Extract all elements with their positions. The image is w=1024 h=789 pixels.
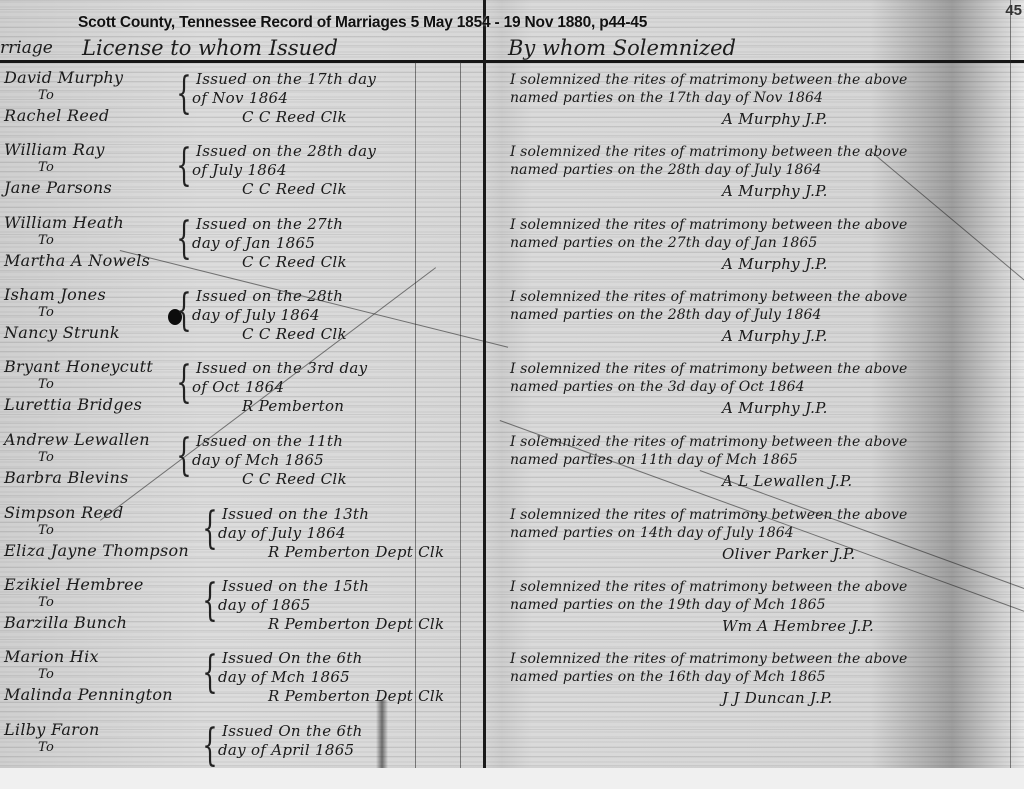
license-issued-date: of Nov 1864 — [192, 89, 288, 107]
to-label: To — [38, 88, 54, 103]
solemnization-date: named parties on 11th day of Mch 1865 — [510, 452, 798, 468]
license-issued-line: Issued On the 6th — [222, 649, 363, 667]
clerk-signature: C C Reed Clk — [242, 470, 347, 488]
officiant-signature: Oliver Parker J.P. — [722, 545, 855, 563]
to-label: To — [38, 667, 54, 682]
license-issued-date: day of Mch 1865 — [218, 668, 350, 686]
solemnization-line: I solemnized the rites of matrimony betw… — [510, 144, 907, 160]
groom-name: William Ray — [4, 140, 105, 159]
groom-name: Simpson Reed — [4, 503, 124, 522]
bride-name: Nancy Strunk — [4, 323, 120, 342]
brace-mark: { — [202, 724, 217, 768]
groom-name: Bryant Honeycutt — [4, 357, 153, 376]
left-heading-fragment: rriage — [0, 38, 53, 58]
solemnization-date: named parties on 14th day of July 1864 — [510, 525, 794, 541]
left-column-heading: License to whom Issued — [82, 36, 338, 60]
ledger-page-scan: Scott County, Tennessee Record of Marria… — [0, 0, 1024, 768]
brace-mark: { — [176, 361, 191, 405]
solemnization-line: I solemnized the rites of matrimony betw… — [510, 651, 907, 667]
document-caption: Scott County, Tennessee Record of Marria… — [78, 14, 647, 32]
brace-mark: { — [202, 651, 217, 695]
officiant-signature: A Murphy J.P. — [722, 182, 828, 200]
groom-name: Andrew Lewallen — [4, 430, 150, 449]
officiant-signature: A Murphy J.P. — [722, 399, 828, 417]
brace-mark: { — [176, 434, 191, 478]
license-issued-line: Issued on the 17th day — [196, 70, 376, 88]
solemnization-line: I solemnized the rites of matrimony betw… — [510, 361, 907, 377]
solemnization-line: I solemnized the rites of matrimony betw… — [510, 72, 907, 88]
bride-name: Lurettia Bridges — [4, 395, 142, 414]
groom-name: David Murphy — [4, 68, 123, 87]
clerk-signature: R Pemberton Dept Clk — [268, 615, 444, 633]
to-label: To — [38, 450, 54, 465]
to-label: To — [38, 740, 54, 755]
brace-mark: { — [176, 72, 191, 116]
brace-mark: { — [202, 507, 217, 551]
license-issued-line: Issued on the 28th day — [196, 142, 376, 160]
officiant-signature: A L Lewallen J.P. — [722, 472, 852, 490]
license-issued-date: of July 1864 — [192, 161, 287, 179]
solemnization-date: named parties on the 17th day of Nov 186… — [510, 90, 823, 106]
license-issued-date: day of Mch 1865 — [192, 451, 324, 469]
officiant-signature: A Murphy J.P. — [722, 327, 828, 345]
groom-name: William Heath — [4, 213, 124, 232]
license-issued-line: Issued On the 6th — [222, 722, 363, 740]
officiant-signature: Wm A Hembree J.P. — [722, 617, 874, 635]
groom-name: Marion Hix — [4, 647, 99, 666]
bride-name: Jane Parsons — [4, 178, 112, 197]
officiant-signature: A Murphy J.P. — [722, 110, 828, 128]
clerk-signature: C C Reed Clk — [242, 253, 347, 271]
bride-name: Martha A Nowels — [4, 251, 150, 270]
officiant-signature: A Murphy J.P. — [722, 255, 828, 273]
solemnization-date: named parties on the 19th day of Mch 186… — [510, 597, 826, 613]
clerk-signature: C C Reed Clk — [242, 325, 347, 343]
solemnization-line: I solemnized the rites of matrimony betw… — [510, 434, 907, 450]
page-gutter-line — [483, 0, 486, 768]
to-label: To — [38, 305, 54, 320]
to-label: To — [38, 523, 54, 538]
bride-name: Eliza Jayne Thompson — [4, 541, 189, 560]
clerk-signature: R Pemberton Dept Clk — [268, 543, 444, 561]
clerk-signature: R Pemberton — [242, 397, 344, 415]
header-rule — [0, 60, 1024, 63]
brace-mark: { — [176, 217, 191, 261]
license-issued-line: Issued on the 28th — [196, 287, 343, 305]
solemnization-date: named parties on the 28th day of July 18… — [510, 307, 822, 323]
groom-name: Isham Jones — [4, 285, 106, 304]
solemnization-line: I solemnized the rites of matrimony betw… — [510, 507, 907, 523]
license-issued-line: Issued on the 11th — [196, 432, 343, 450]
smudge-mark — [376, 700, 388, 768]
license-issued-date: day of Jan 1865 — [192, 234, 315, 252]
brace-mark: { — [176, 289, 191, 333]
column-rule — [415, 62, 416, 768]
solemnization-date: named parties on the 16th day of Mch 186… — [510, 669, 826, 685]
right-column-heading: By whom Solemnized — [508, 36, 736, 60]
bride-name: Barbra Blevins — [4, 468, 129, 487]
solemnization-line: I solemnized the rites of matrimony betw… — [510, 579, 907, 595]
to-label: To — [38, 595, 54, 610]
license-issued-date: day of 1865 — [218, 596, 311, 614]
license-issued-date: day of April 1865 — [218, 741, 354, 759]
license-issued-date: day of July 1864 — [218, 524, 346, 542]
groom-name: Ezikiel Hembree — [4, 575, 144, 594]
groom-name: Lilby Faron — [4, 720, 100, 739]
to-label: To — [38, 160, 54, 175]
page-number: 45 — [1005, 2, 1022, 19]
brace-mark: { — [176, 144, 191, 188]
scan-bottom-margin — [0, 768, 1024, 789]
license-issued-line: Issued on the 15th — [222, 577, 369, 595]
license-issued-line: Issued on the 3rd day — [196, 359, 367, 377]
solemnization-date: named parties on the 28th day of July 18… — [510, 162, 822, 178]
bride-name: Barzilla Bunch — [4, 613, 127, 632]
solemnization-line: I solemnized the rites of matrimony betw… — [510, 217, 907, 233]
bride-name: Rachel Reed — [4, 106, 109, 125]
license-issued-line: Issued on the 27th — [196, 215, 343, 233]
license-issued-date: of Oct 1864 — [192, 378, 284, 396]
column-rule — [460, 62, 461, 768]
clerk-signature: C C Reed Clk — [242, 180, 347, 198]
brace-mark: { — [202, 579, 217, 623]
clerk-signature: C C Reed Clk — [242, 108, 347, 126]
clerk-signature: R Pemberton Dept Clk — [268, 687, 444, 705]
solemnization-date: named parties on the 27th day of Jan 186… — [510, 235, 817, 251]
license-issued-line: Issued on the 13th — [222, 505, 369, 523]
to-label: To — [38, 233, 54, 248]
solemnization-date: named parties on the 3d day of Oct 1864 — [510, 379, 805, 395]
column-rule — [1010, 0, 1011, 768]
solemnization-line: I solemnized the rites of matrimony betw… — [510, 289, 907, 305]
bride-name: Malinda Pennington — [4, 685, 173, 704]
to-label: To — [38, 377, 54, 392]
officiant-signature: J J Duncan J.P. — [722, 689, 833, 707]
license-issued-date: day of July 1864 — [192, 306, 320, 324]
